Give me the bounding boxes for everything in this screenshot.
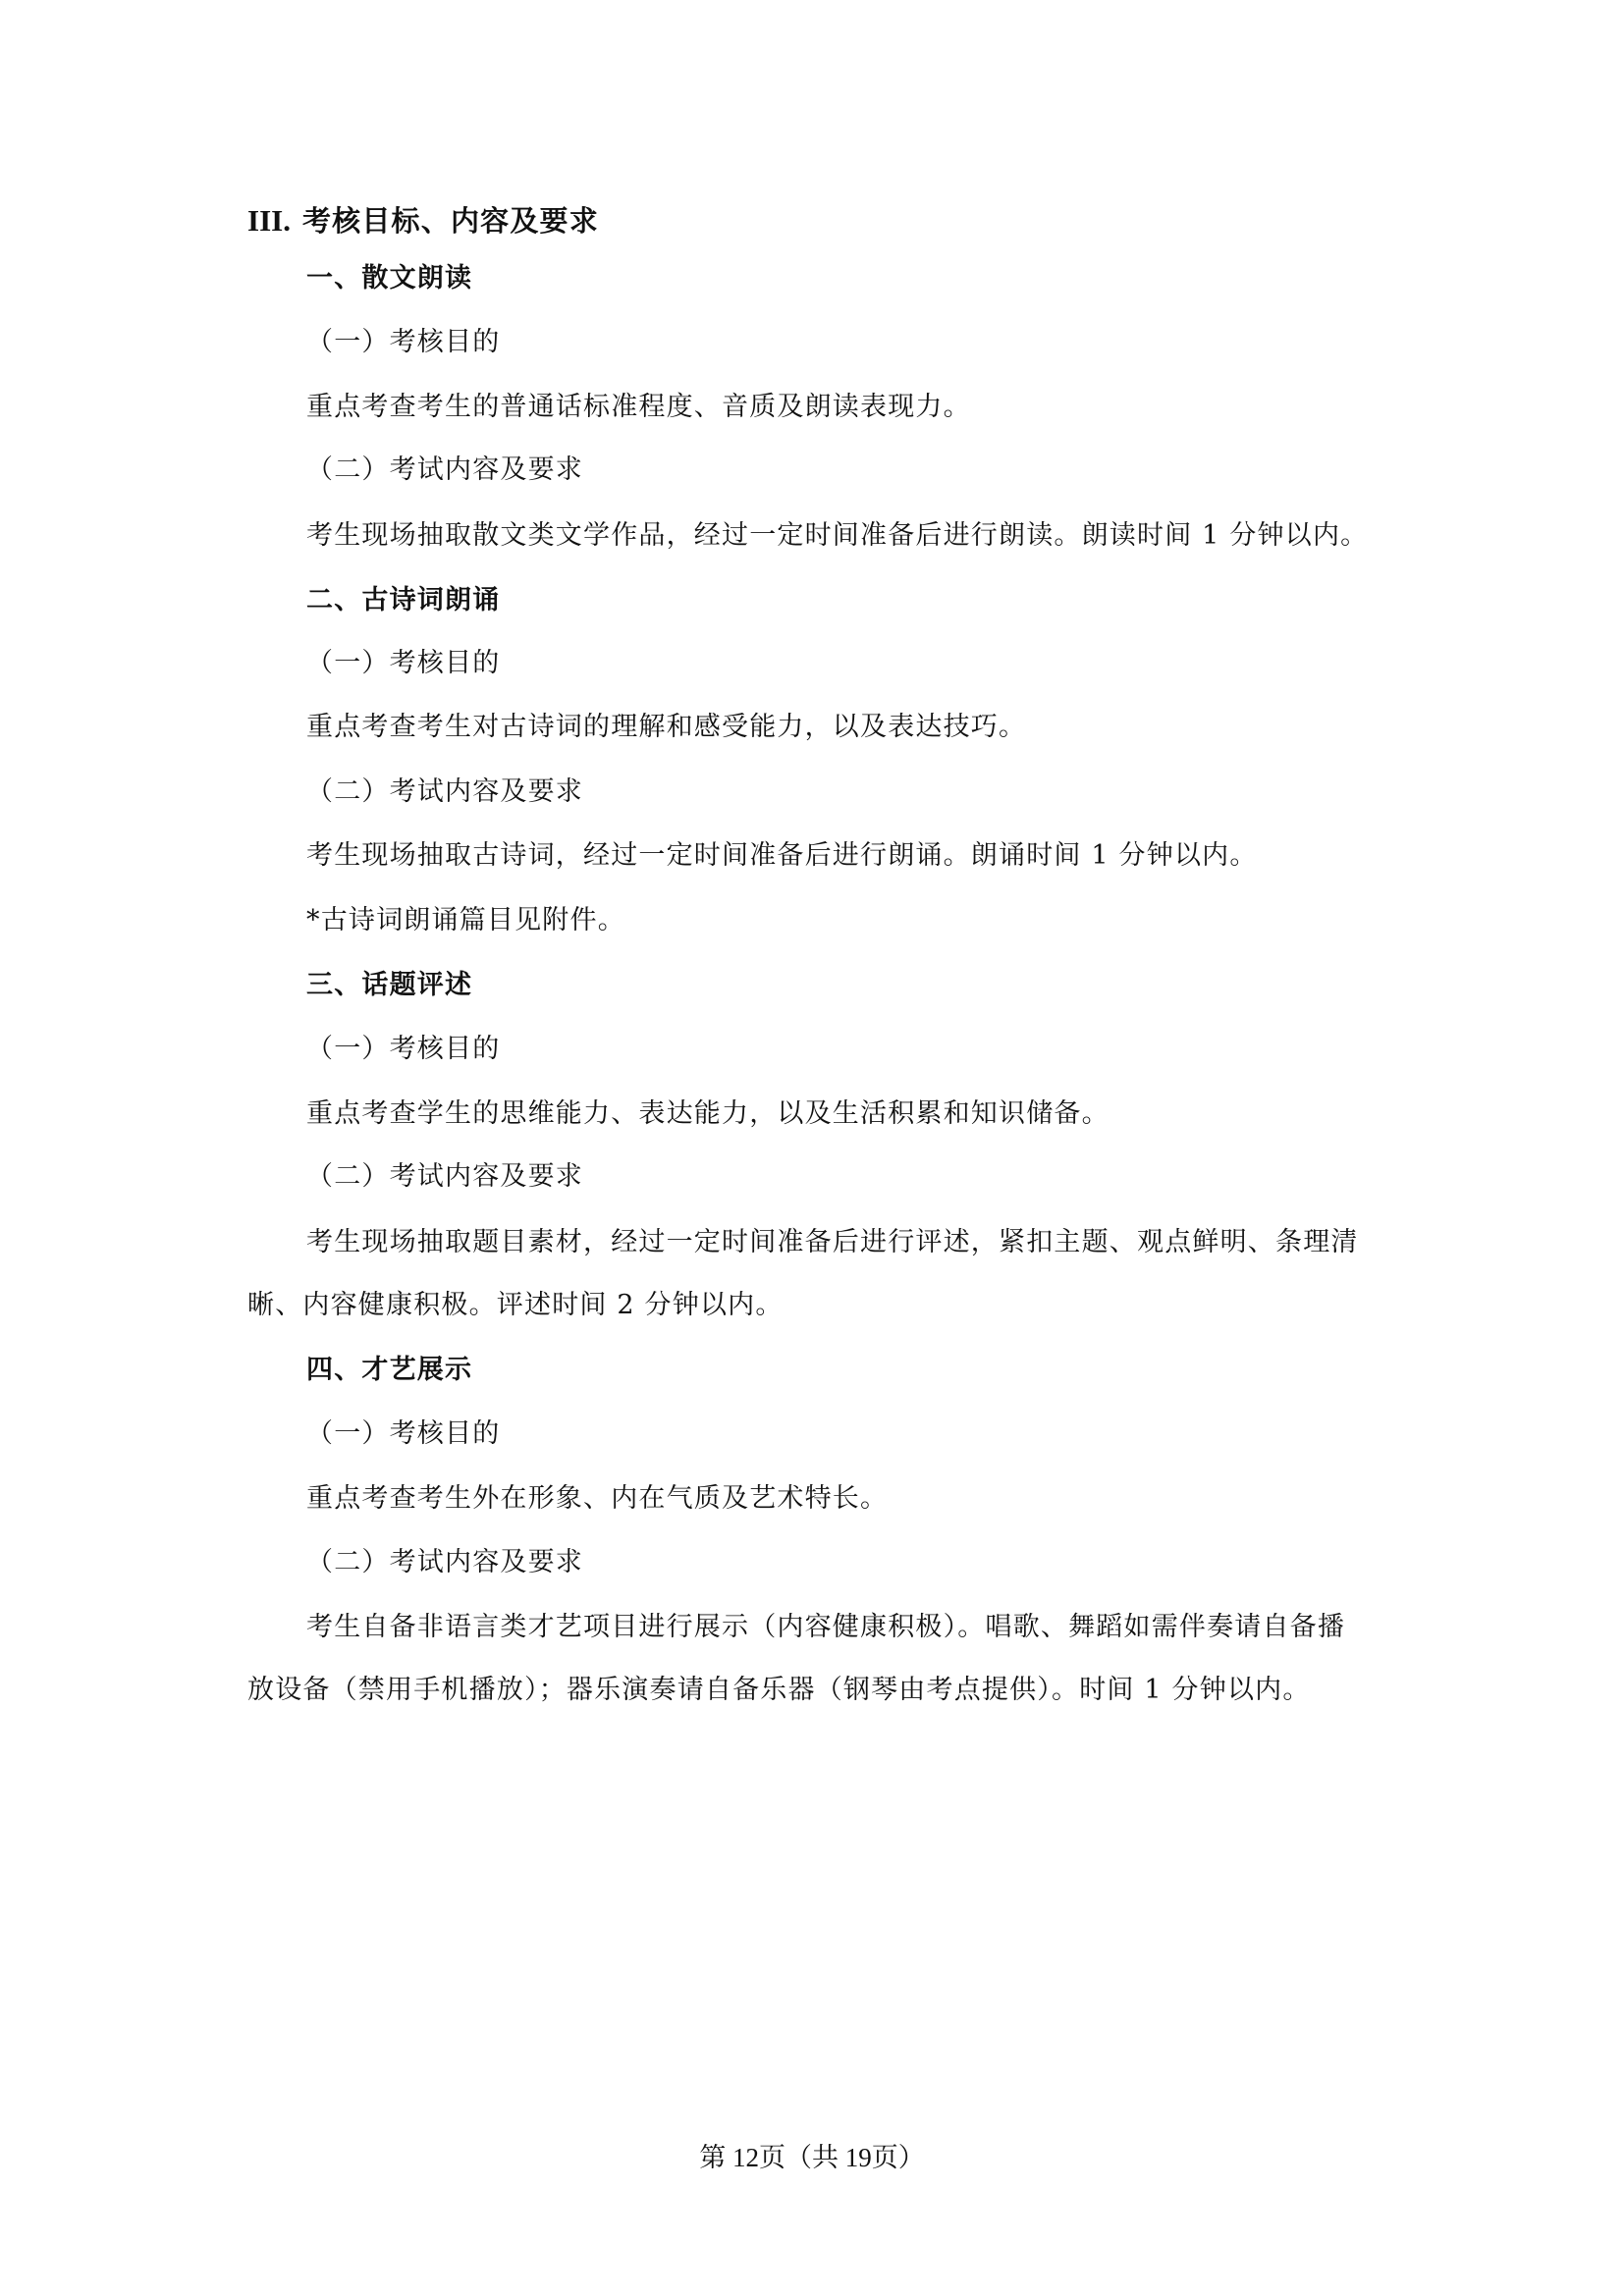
subheading-exam-content: （二）考试内容及要求 <box>306 773 1435 812</box>
section-title: 考核目标、内容及要求 <box>302 204 599 238</box>
subheading-exam-content: （二）考试内容及要求 <box>306 1157 1435 1197</box>
part-heading-prose-reading: 一、散文朗读 <box>306 259 1435 298</box>
paragraph: 重点考查学生的思维能力、表达能力，以及生活积累和知识储备。 <box>306 1095 1435 1134</box>
subheading-exam-content: （二）考试内容及要求 <box>306 1543 1435 1582</box>
paragraph: 考生现场抽取题目素材，经过一定时间准备后进行评述，紧扣主题、观点鲜明、条理清 <box>306 1223 1435 1262</box>
subheading-assessment-purpose: （一）考核目的 <box>306 1415 1435 1454</box>
paragraph-continuation: 晰、内容健康积极。评述时间 2 分钟以内。 <box>247 1286 1377 1325</box>
note: *古诗词朗诵篇目见附件。 <box>306 901 1435 940</box>
part-heading-classical-poetry: 二、古诗词朗诵 <box>306 581 1435 620</box>
section-number: III. <box>247 203 291 238</box>
part-heading-talent-show: 四、才艺展示 <box>306 1351 1435 1390</box>
subheading-exam-content: （二）考试内容及要求 <box>306 451 1435 490</box>
paragraph: 考生现场抽取散文类文学作品，经过一定时间准备后进行朗读。朗读时间 1 分钟以内。 <box>306 516 1435 556</box>
page-number: 第 12页（共 19页） <box>0 2138 1624 2177</box>
paragraph: 考生自备非语言类才艺项目进行展示（内容健康积极）。唱歌、舞蹈如需伴奏请自备播 <box>306 1608 1435 1647</box>
paragraph: 重点考查考生的普通话标准程度、音质及朗读表现力。 <box>306 388 1435 427</box>
subheading-assessment-purpose: （一）考核目的 <box>306 323 1435 362</box>
part-heading-topic-commentary: 三、话题评述 <box>306 966 1435 1005</box>
subheading-assessment-purpose: （一）考核目的 <box>306 644 1435 683</box>
paragraph: 考生现场抽取古诗词，经过一定时间准备后进行朗诵。朗诵时间 1 分钟以内。 <box>306 836 1435 876</box>
paragraph: 重点考查考生对古诗词的理解和感受能力，以及表达技巧。 <box>306 708 1435 747</box>
paragraph-continuation: 放设备（禁用手机播放）；器乐演奏请自备乐器（钢琴由考点提供）。时间 1 分钟以内… <box>247 1671 1377 1710</box>
document-page: III.考核目标、内容及要求 一、散文朗读 （一）考核目的 重点考查考生的普通话… <box>0 0 1624 2296</box>
subheading-assessment-purpose: （一）考核目的 <box>306 1030 1435 1069</box>
paragraph: 重点考查考生外在形象、内在气质及艺术特长。 <box>306 1479 1435 1519</box>
section-heading: III.考核目标、内容及要求 <box>247 201 1377 240</box>
